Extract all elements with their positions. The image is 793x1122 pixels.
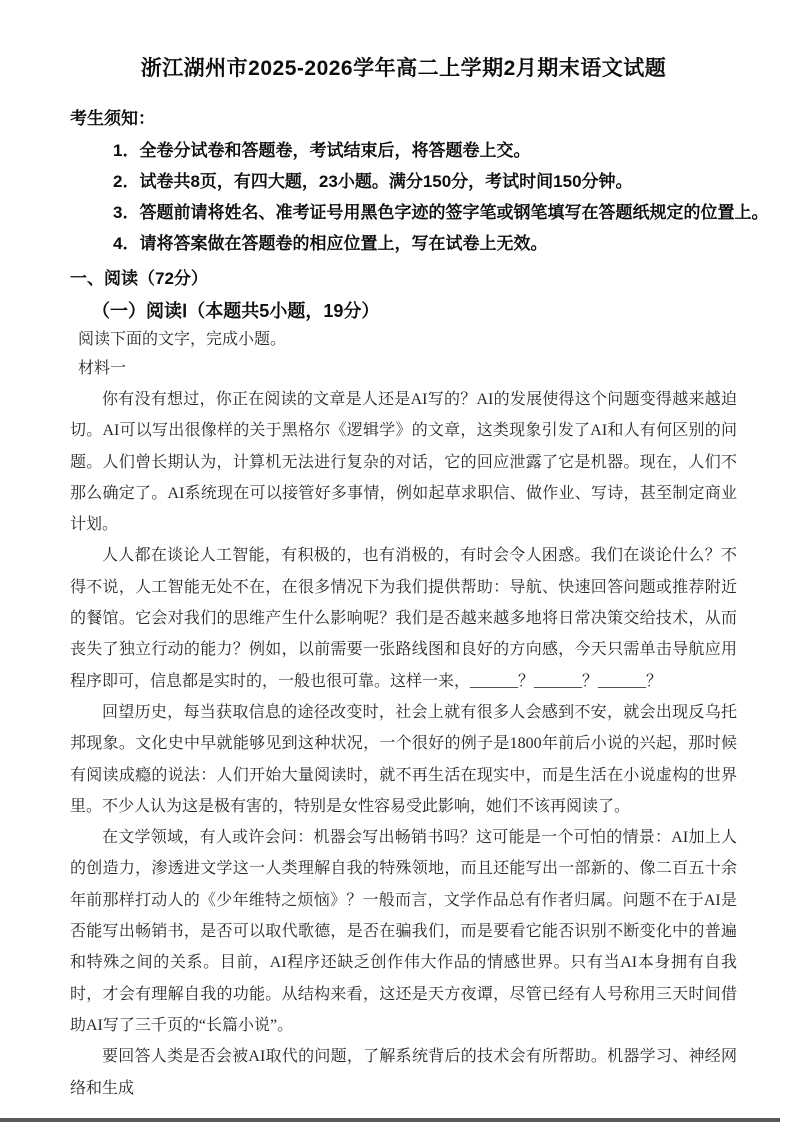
material-paragraph: 要回答人类是否会被AI取代的问题，了解系统背后的技术会有所帮助。机器学习、神经网… — [70, 1041, 737, 1104]
doc-title: 浙江湖州市2025-2026学年高二上学期2月期末语文试题 — [70, 54, 737, 84]
notice-list: 1．全卷分试卷和答题卷，考试结束后，将答题卷上交。 2．试卷共8页，有四大题，2… — [70, 135, 737, 259]
notice-item: 1．全卷分试卷和答题卷，考试结束后，将答题卷上交。 — [70, 135, 737, 166]
material-one-label: 材料一 — [70, 354, 737, 384]
notice-item: 4．请将答案做在答题卷的相应位置上，写在试卷上无效。 — [70, 228, 737, 259]
material-paragraph: 你有没有想过，你正在阅读的文章是人还是AI写的？AI的发展使得这个问题变得越来越… — [70, 384, 737, 540]
notice-heading: 考生须知： — [70, 106, 737, 132]
page-bottom-edge — [0, 1118, 780, 1122]
reading-instruction: 阅读下面的文字，完成小题。 — [70, 325, 737, 354]
material-paragraph: 回望历史，每当获取信息的途径改变时，社会上就有很多人会感到不安，就会出现反乌托邦… — [70, 697, 737, 822]
material-one-body: 你有没有想过，你正在阅读的文章是人还是AI写的？AI的发展使得这个问题变得越来越… — [70, 384, 737, 1104]
notice-item: 3．答题前请将姓名、准考证号用黑色字迹的签字笔或钢笔填写在答题纸规定的位置上。 — [70, 197, 737, 228]
material-paragraph: 在文学领域，有人或许会问：机器会写出畅销书吗？这可能是一个可怕的情景：AI加上人… — [70, 822, 737, 1041]
exam-paper-page: 浙江湖州市2025-2026学年高二上学期2月期末语文试题 考生须知： 1．全卷… — [0, 0, 793, 1122]
subsection-heading-reading-1: （一）阅读Ⅰ（本题共5小题，19分） — [70, 297, 737, 325]
notice-item: 2．试卷共8页，有四大题，23小题。满分150分，考试时间150分钟。 — [70, 166, 737, 197]
material-paragraph: 人人都在谈论人工智能，有积极的，也有消极的，有时会令人困惑。我们在谈论什么？不得… — [70, 540, 737, 696]
section-heading-reading: 一、阅读（72分） — [70, 265, 737, 293]
